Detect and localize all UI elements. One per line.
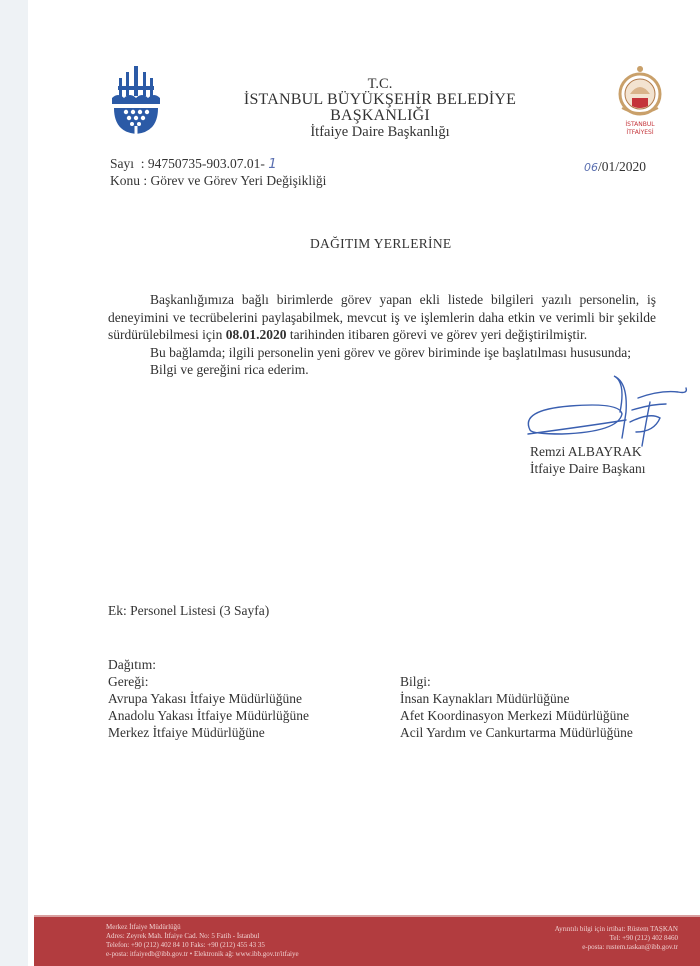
header-tc: T.C. — [200, 76, 560, 92]
distribution-bilgi: Bilgi: İnsan Kaynakları Müdürlüğüne Afet… — [400, 673, 633, 741]
sayi-label: Sayı — [110, 156, 134, 171]
footer-contact-right: Ayrıntılı bilgi için irtibat: Rüstem TAŞ… — [555, 925, 678, 952]
bilgi-item: Acil Yardım ve Cankurtarma Müdürlüğüne — [400, 724, 633, 741]
date-printed: /01/2020 — [598, 159, 646, 174]
document-date: 06/01/2020 — [584, 159, 646, 175]
istanbul-itfaiyesi-emblem-icon: İSTANBUL İTFAİYESİ — [612, 64, 668, 140]
geregi-item: Anadolu Yakası İtfaiye Müdürlüğüne — [108, 707, 309, 724]
distribution-geregi: Dağıtım: Gereği: Avrupa Yakası İtfaiye M… — [108, 656, 309, 741]
svg-text:İTFAİYESİ: İTFAİYESİ — [626, 129, 653, 136]
header-department: İtfaiye Daire Başkanlığı — [200, 124, 560, 140]
ibb-logo-icon — [108, 64, 164, 136]
distribution-label: Dağıtım: — [108, 656, 309, 673]
distribution-title: DAĞITIM YERLERİNE — [310, 236, 451, 252]
letterhead: T.C. İSTANBUL BÜYÜKŞEHİR BELEDİYE BAŞKAN… — [200, 76, 560, 140]
bilgi-item: Afet Koordinasyon Merkezi Müdürlüğüne — [400, 707, 633, 724]
konu-line: Konu : Görev ve Görev Yeri Değişikliği — [110, 173, 326, 189]
footer-contact-left: Merkez İtfaiye Müdürlüğü Adres: Zeyrek M… — [106, 923, 299, 959]
paragraph-1: Başkanlığımıza bağlı birimlerde görev ya… — [108, 291, 656, 344]
effective-date: 08.01.2020 — [226, 327, 287, 342]
geregi-label: Gereği: — [108, 673, 309, 690]
geregi-item: Merkez İtfaiye Müdürlüğüne — [108, 724, 309, 741]
signatory-title: İtfaiye Daire Başkanı — [530, 460, 645, 477]
letter-body: Başkanlığımıza bağlı birimlerde görev ya… — [108, 291, 656, 379]
document-page — [28, 0, 700, 966]
sayi-line: Sayı : 94750735-903.07.01- 1 — [110, 156, 277, 172]
bilgi-label: Bilgi: — [400, 673, 633, 690]
konu-value: : Görev ve Görev Yeri Değişikliği — [143, 173, 326, 188]
footer-band: Merkez İtfaiye Müdürlüğü Adres: Zeyrek M… — [34, 915, 700, 966]
bilgi-item: İnsan Kaynakları Müdürlüğüne — [400, 690, 633, 707]
svg-text:İSTANBUL: İSTANBUL — [625, 121, 655, 128]
paragraph-2: Bu bağlamda; ilgili personelin yeni göre… — [108, 344, 656, 362]
header-organization: İSTANBUL BÜYÜKŞEHİR BELEDİYE BAŞKANLIĞI — [200, 92, 560, 124]
geregi-item: Avrupa Yakası İtfaiye Müdürlüğüne — [108, 690, 309, 707]
date-handwritten: 06 — [584, 161, 598, 174]
sayi-value: : 94750735-903.07.01- — [141, 156, 265, 171]
signatory-block: Remzi ALBAYRAK İtfaiye Daire Başkanı — [530, 443, 645, 477]
attachment-note: Ek: Personel Listesi (3 Sayfa) — [108, 603, 269, 619]
konu-label: Konu — [110, 173, 140, 188]
signature-scribble-icon — [520, 372, 700, 452]
sayi-handwritten: 1 — [268, 156, 277, 172]
signatory-name: Remzi ALBAYRAK — [530, 443, 645, 460]
